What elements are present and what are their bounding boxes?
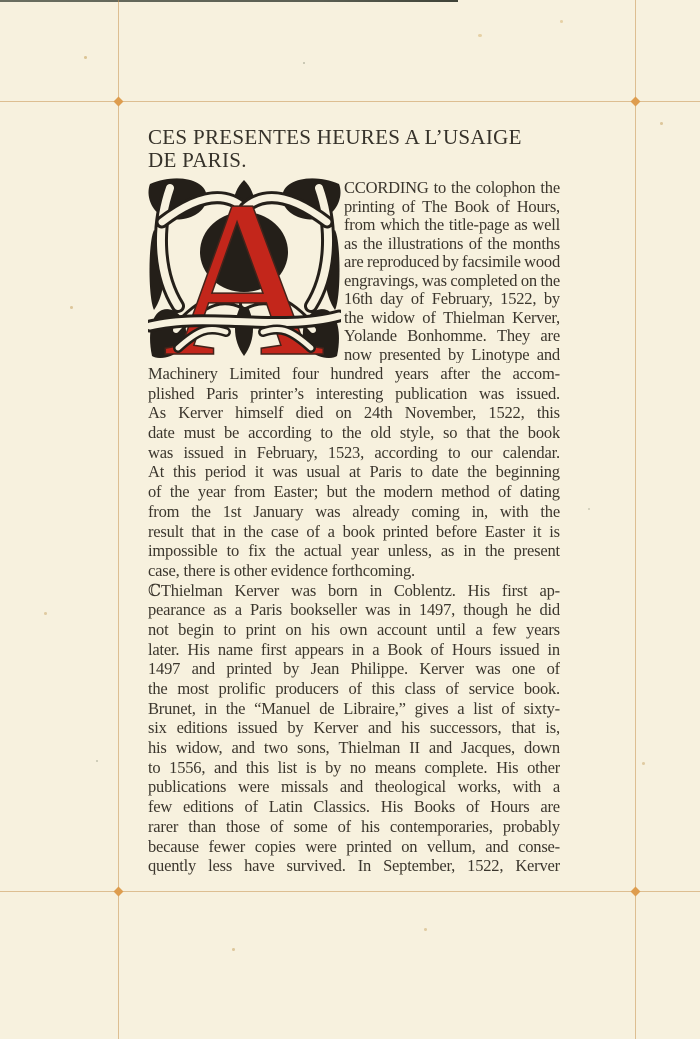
text-line: MachineryLimitedfourhundredyearsafterthe… (148, 364, 560, 384)
paper-speckle (588, 508, 590, 510)
text-line: ℂThielmanKerverwasborninCoblentz.Hisfirs… (148, 581, 560, 601)
text-line: 1497andprintedbyJeanPhilippe.Kerverwason… (148, 659, 560, 679)
paragraph1-side-lines: CCORDINGtothecolophontheprintingofTheBoo… (344, 178, 560, 363)
text-line: AtthisperioditwasusualatParistodatethebe… (148, 462, 560, 482)
guide-line-vertical-right (635, 0, 636, 1039)
paper-speckle (424, 928, 427, 931)
paper-speckle (70, 306, 73, 309)
guide-intersection-dot (114, 887, 124, 897)
paper-speckle (84, 56, 87, 59)
scan-edge-artifact (0, 0, 458, 2)
text-line: Brunet,inthe“ManueldeLibraire,”givesalis… (148, 699, 560, 719)
title-line-2: DE PARIS. (148, 149, 560, 172)
text-line: plishedParisprinter’sinterestingpublicat… (148, 384, 560, 404)
text-line: to1556,andthislistisbynomeanscomplete.Hi… (148, 758, 560, 778)
text-line: engravings,wascompletedonthe (344, 271, 560, 290)
text-line: sixeditionsissuedbyKerverandhissuccessor… (148, 718, 560, 738)
paragraph2-lines: ℂThielmanKerverwasborninCoblentz.Hisfirs… (148, 581, 560, 876)
text-line: later.HisnamefirstappearsinaBookofHoursi… (148, 640, 560, 660)
text-line: arereproducedbyfacsimilewood (344, 252, 560, 271)
paper-speckle (660, 122, 663, 125)
guide-line-horizontal-top (0, 101, 700, 102)
paper-speckle (642, 762, 645, 765)
text-line: fromthe1stJanuarywasalreadycomingin,with… (148, 502, 560, 522)
text-line: publicationsweremissalsandtheologicalwor… (148, 777, 560, 797)
text-block: CES PRESENTES HEURES A L’USAIGE DE PARIS… (148, 126, 560, 876)
text-line: oftheyearfromEaster;butthemodernmethodof… (148, 482, 560, 502)
paper-speckle (560, 20, 563, 23)
initial-letter-ornament: A (148, 178, 341, 362)
text-line: YolandeBonhomme.Theyare (344, 326, 560, 345)
guide-line-horizontal-bottom (0, 891, 700, 892)
guide-intersection-dot (631, 97, 641, 107)
text-line: quentlylesshavesurvived.InSeptember,1522… (148, 856, 560, 876)
paper-speckle (232, 948, 235, 951)
title-line-1: CES PRESENTES HEURES A L’USAIGE (148, 126, 560, 149)
text-line: becausefewercopieswereprintedonvellum,an… (148, 837, 560, 857)
text-line: AsKerverhimselfdiedon24thNovember,1522,t… (148, 403, 560, 423)
text-line: feweditionsofLatinClassics.HisBooksofHou… (148, 797, 560, 817)
scanned-book-page: CES PRESENTES HEURES A L’USAIGE DE PARIS… (0, 0, 700, 1039)
text-line: impossibletofixtheactualyearunless,asint… (148, 541, 560, 561)
text-line: CCORDINGtothecolophonthe (344, 178, 560, 197)
text-line: nowpresentedbyLinotypeand (344, 345, 560, 364)
text-line: pearanceasaParisbooksellerwasin1497,thou… (148, 600, 560, 620)
opening-paragraph-top: A CCORDINGtothecolophontheprintingofTheB… (148, 178, 560, 363)
text-line: printingofTheBookofHours, (344, 197, 560, 216)
paper-speckle (303, 62, 305, 64)
text-line: rarerthanthoseofsomeofhiscontemporaries,… (148, 817, 560, 837)
paper-speckle (478, 34, 482, 37)
text-line: 16thdayofFebruary,1522,by (344, 289, 560, 308)
paragraph1-last-line: case, there is other evidence forthcomin… (148, 561, 560, 581)
text-line: datemustbeaccordingtotheoldstyle,sothatt… (148, 423, 560, 443)
text-line: wasissuedinFebruary,1523,accordingtoourc… (148, 443, 560, 463)
guide-intersection-dot (631, 887, 641, 897)
text-line: hiswidow,andtwosons,ThielmanIIandJacques… (148, 738, 560, 758)
text-line: fromwhichthetitle-pageaswell (344, 215, 560, 234)
guide-line-vertical-left (118, 0, 119, 1039)
text-line: thewidowofThielmanKerver, (344, 308, 560, 327)
paper-speckle (96, 760, 98, 762)
text-line: notbegintoprintonhisownaccountuntilafewy… (148, 620, 560, 640)
paragraph1-full-lines: MachineryLimitedfourhundredyearsafterthe… (148, 364, 560, 876)
text-line: themostprolificproducersofthisclassofser… (148, 679, 560, 699)
text-line: astheillustrationsofthemonths (344, 234, 560, 253)
paper-speckle (44, 612, 47, 615)
guide-intersection-dot (114, 97, 124, 107)
text-line: resultthatinthecaseofabookprintedbeforeE… (148, 522, 560, 542)
page-title: CES PRESENTES HEURES A L’USAIGE DE PARIS… (148, 126, 560, 172)
paragraph1-justified: MachineryLimitedfourhundredyearsafterthe… (148, 364, 560, 561)
decorated-initial-woodcut: A (148, 178, 341, 362)
